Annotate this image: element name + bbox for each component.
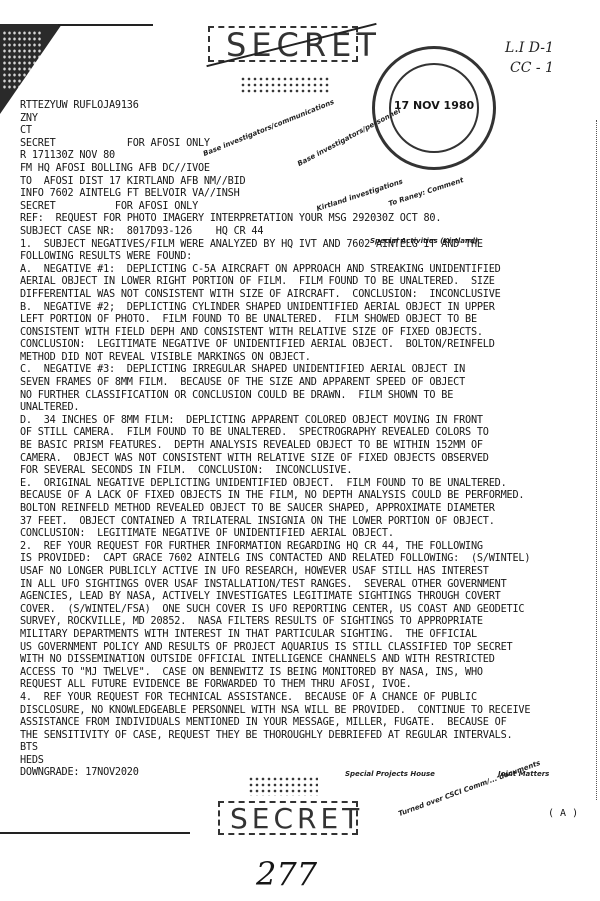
body-line: THE SENSITIVITY OF CASE, REQUEST THEY BE…	[20, 730, 580, 743]
page-number: 277	[256, 855, 317, 893]
stamp-dot-pattern-bottom	[248, 776, 318, 796]
body-line: NO FURTHER CLASSIFICATION OR CONCLUSION …	[20, 390, 580, 403]
routing-line: RTTEZYUW RUFLOJA9136	[20, 100, 580, 113]
body-line: BE BASIC PRISM FEATURES. DEPTH ANALYSIS …	[20, 440, 580, 453]
body-line: COVER. (S/WINTEL/FSA) ONE SUCH COVER IS …	[20, 604, 580, 617]
body-line: METHOD DID NOT REVEAL VISIBLE MARKINGS O…	[20, 352, 580, 365]
body-line: SEVEN FRAMES OF 8MM FILM. BECAUSE OF THE…	[20, 377, 580, 390]
body-line: A. NEGATIVE #1: DEPLICTING C-5A AIRCRAFT…	[20, 264, 580, 277]
body-line: CONSISTENT WITH FIELD DEPH AND CONSISTEN…	[20, 327, 580, 340]
body-line: 4. REF YOUR REQUEST FOR TECHNICAL ASSIST…	[20, 692, 580, 705]
body-line: OF STILL CAMERA. FILM FOUND TO BE UNALTE…	[20, 427, 580, 440]
body-line: BOLTON REINFELD METHOD REVEALED OBJECT T…	[20, 503, 580, 516]
body-line: UNALTERED.	[20, 402, 580, 415]
body-line: LEFT PORTION OF PHOTO. FILM FOUND TO BE …	[20, 314, 580, 327]
body-line: D. 34 INCHES OF 8MM FILM: DEPLICTING APP…	[20, 415, 580, 428]
body-line: C. NEGATIVE #3: DEPLICTING IRREGULAR SHA…	[20, 364, 580, 377]
top-rule	[58, 24, 153, 26]
body-line: WITH NO DISSEMINATION OUTSIDE OFFICIAL I…	[20, 654, 580, 667]
body-line: ASSISTANCE FROM INDIVIDUALS MENTIONED IN…	[20, 717, 580, 730]
body-line: 1. SUBJECT NEGATIVES/FILM WERE ANALYZED …	[20, 239, 580, 252]
body-line: USAF NO LONGER PUBLICLY ACTIVE IN UFO RE…	[20, 566, 580, 579]
body-line: CAMERA. OBJECT WAS NOT CONSISTENT WITH R…	[20, 453, 580, 466]
stamp-dot-pattern	[240, 76, 330, 94]
classification-line-2: SECRET FOR AFOSI ONLY	[20, 201, 580, 214]
body-line: B. NEGATIVE #2; DEPLICTING CYLINDER SHAP…	[20, 302, 580, 315]
ref-line: REF: REQUEST FOR PHOTO IMAGERY INTERPRET…	[20, 213, 580, 226]
classification-text: SECRET	[226, 26, 381, 64]
dtg-line: R 171130Z NOV 80	[20, 150, 580, 163]
body-line: 37 FEET. OBJECT CONTAINED A TRILATERAL I…	[20, 516, 580, 529]
body-line: MILITARY DEPARTMENTS WITH INTEREST IN TH…	[20, 629, 580, 642]
body-line: DISCLOSURE, NO KNOWLEDGEABLE PERSONNEL W…	[20, 705, 580, 718]
body-line: REQUEST ALL FUTURE EVIDENCE BE FORWARDED…	[20, 679, 580, 692]
body-line: BTS	[20, 742, 580, 755]
classification-stamp-top: SECRET	[208, 26, 358, 62]
body-line: 2. REF YOUR REQUEST FOR FURTHER INFORMAT…	[20, 541, 580, 554]
info-line: INFO 7602 AINTELG FT BELVOIR VA//INSH	[20, 188, 580, 201]
subject-line: SUBJECT CASE NR: 8017D93-126 HQ CR 44	[20, 226, 580, 239]
body-line: FOLLOWING RESULTS WERE FOUND:	[20, 251, 580, 264]
scan-noise	[2, 30, 42, 90]
scan-edge	[596, 120, 598, 800]
body-line: ACCESS TO "MJ TWELVE". CASE ON BENNEWITZ…	[20, 667, 580, 680]
teletype-message: RTTEZYUW RUFLOJA9136 ZNY CT SECRET FOR A…	[20, 100, 580, 780]
body-line: CONCLUSION: LEGITIMATE NEGATIVE OF UNIDE…	[20, 339, 580, 352]
body-line: AERIAL OBJECT IN LOWER RIGHT PORTION OF …	[20, 276, 580, 289]
page-marker: ( A )	[548, 808, 578, 819]
classification-line: SECRET FOR AFOSI ONLY	[20, 138, 580, 151]
body-line: BECAUSE OF A LACK OF FIXED OBJECTS IN TH…	[20, 490, 580, 503]
body-line: DIFFERENTIAL WAS NOT CONSISTENT WITH SIZ…	[20, 289, 580, 302]
ct-line: CT	[20, 125, 580, 138]
to-line: TO AFOSI DIST 17 KIRTLAND AFB NM//BID	[20, 176, 580, 189]
bottom-rule	[0, 832, 190, 834]
body-line: SURVEY, ROCKVILLE, MD 20852. NASA FILTER…	[20, 616, 580, 629]
body-line: US GOVERNMENT POLICY AND RESULTS OF PROJ…	[20, 642, 580, 655]
body-line: IS PROVIDED: CAPT GRACE 7602 AINTELG INS…	[20, 553, 580, 566]
zny-line: ZNY	[20, 113, 580, 126]
handwritten-note-2: CC - 1	[510, 60, 554, 76]
body-line: E. ORIGINAL NEGATIVE DEPLICTING UNIDENTI…	[20, 478, 580, 491]
body-line: HEDS	[20, 755, 580, 768]
body-line: AGENCIES, LEAD BY NASA, ACTIVELY INVESTI…	[20, 591, 580, 604]
handwritten-note-1: L.I D-1	[505, 40, 554, 56]
body-line: IN ALL UFO SIGHTINGS OVER USAF INSTALLAT…	[20, 579, 580, 592]
body-line: FOR SEVERAL SECONDS IN FILM. CONCLUSION:…	[20, 465, 580, 478]
body-line: CONCLUSION: LEGITIMATE NEGATIVE OF UNIDE…	[20, 528, 580, 541]
message-body: 1. SUBJECT NEGATIVES/FILM WERE ANALYZED …	[20, 239, 580, 781]
classification-stamp-bottom: SECRET	[218, 801, 358, 835]
from-line: FM HQ AFOSI BOLLING AFB DC//IVOE	[20, 163, 580, 176]
